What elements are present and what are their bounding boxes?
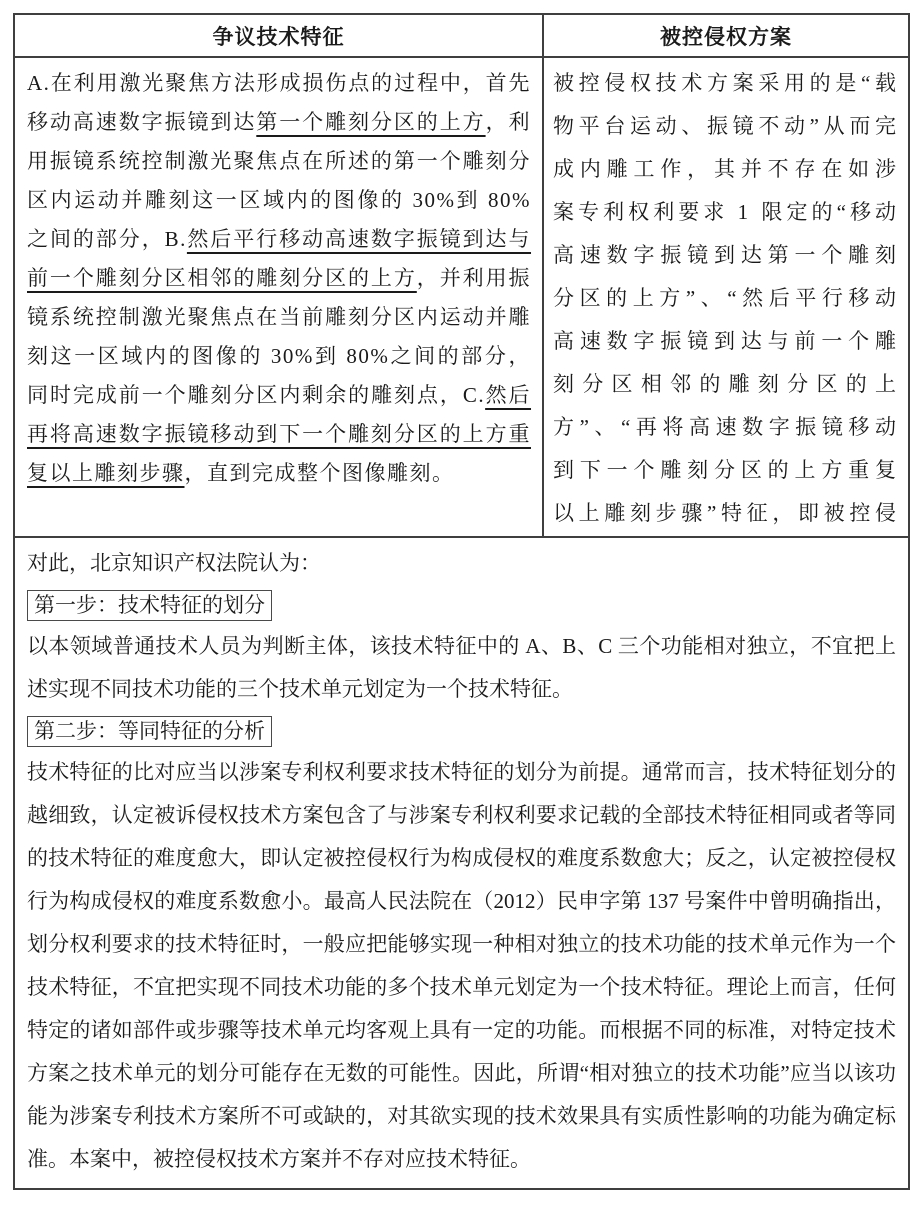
header-disputed-technical-feature: 争议技术特征 xyxy=(15,15,544,56)
step2-analysis-text: 技术特征的比对应当以涉案专利权利要求技术特征的划分为前提。通常而言，技术特征划分… xyxy=(27,751,896,1181)
court-intro-line: 对此，北京知识产权法院认为： xyxy=(27,542,896,585)
comparison-table: 争议技术特征 被控侵权方案 A.在利用激光聚焦方法形成损伤点的过程中，首先移动高… xyxy=(13,13,910,1190)
table-body-row: A.在利用激光聚焦方法形成损伤点的过程中，首先移动高速数字振镜到达第一个雕刻分区… xyxy=(15,58,908,538)
step1-heading-box: 第一步：技术特征的划分 xyxy=(27,590,272,621)
table-header-row: 争议技术特征 被控侵权方案 xyxy=(15,15,908,58)
disputed-feature-text: A.在利用激光聚焦方法形成损伤点的过程中，首先移动高速数字振镜到达第一个雕刻分区… xyxy=(15,58,542,493)
accused-scheme-text: 被控侵权技术方案采用的是“载物平台运动、振镜不动”从而完成内雕工作，其并不存在如… xyxy=(544,58,908,536)
disputed-feature-cell: A.在利用激光聚焦方法形成损伤点的过程中，首先移动高速数字振镜到达第一个雕刻分区… xyxy=(15,58,544,536)
step2-heading-box: 第二步：等同特征的分析 xyxy=(27,716,272,747)
step2-heading: 第二步：等同特征的分析 xyxy=(34,719,265,743)
header-accused-infringing-scheme: 被控侵权方案 xyxy=(544,15,908,56)
court-analysis-section: 对此，北京知识产权法院认为： 第一步：技术特征的划分 以本领域普通技术人员为判断… xyxy=(15,538,908,1188)
step1-heading: 第一步：技术特征的划分 xyxy=(34,593,265,617)
step1-analysis-text: 以本领域普通技术人员为判断主体，该技术特征中的 A、B、C 三个功能相对独立，不… xyxy=(27,625,896,711)
accused-scheme-cell: 被控侵权技术方案采用的是“载物平台运动、振镜不动”从而完成内雕工作，其并不存在如… xyxy=(544,58,908,536)
